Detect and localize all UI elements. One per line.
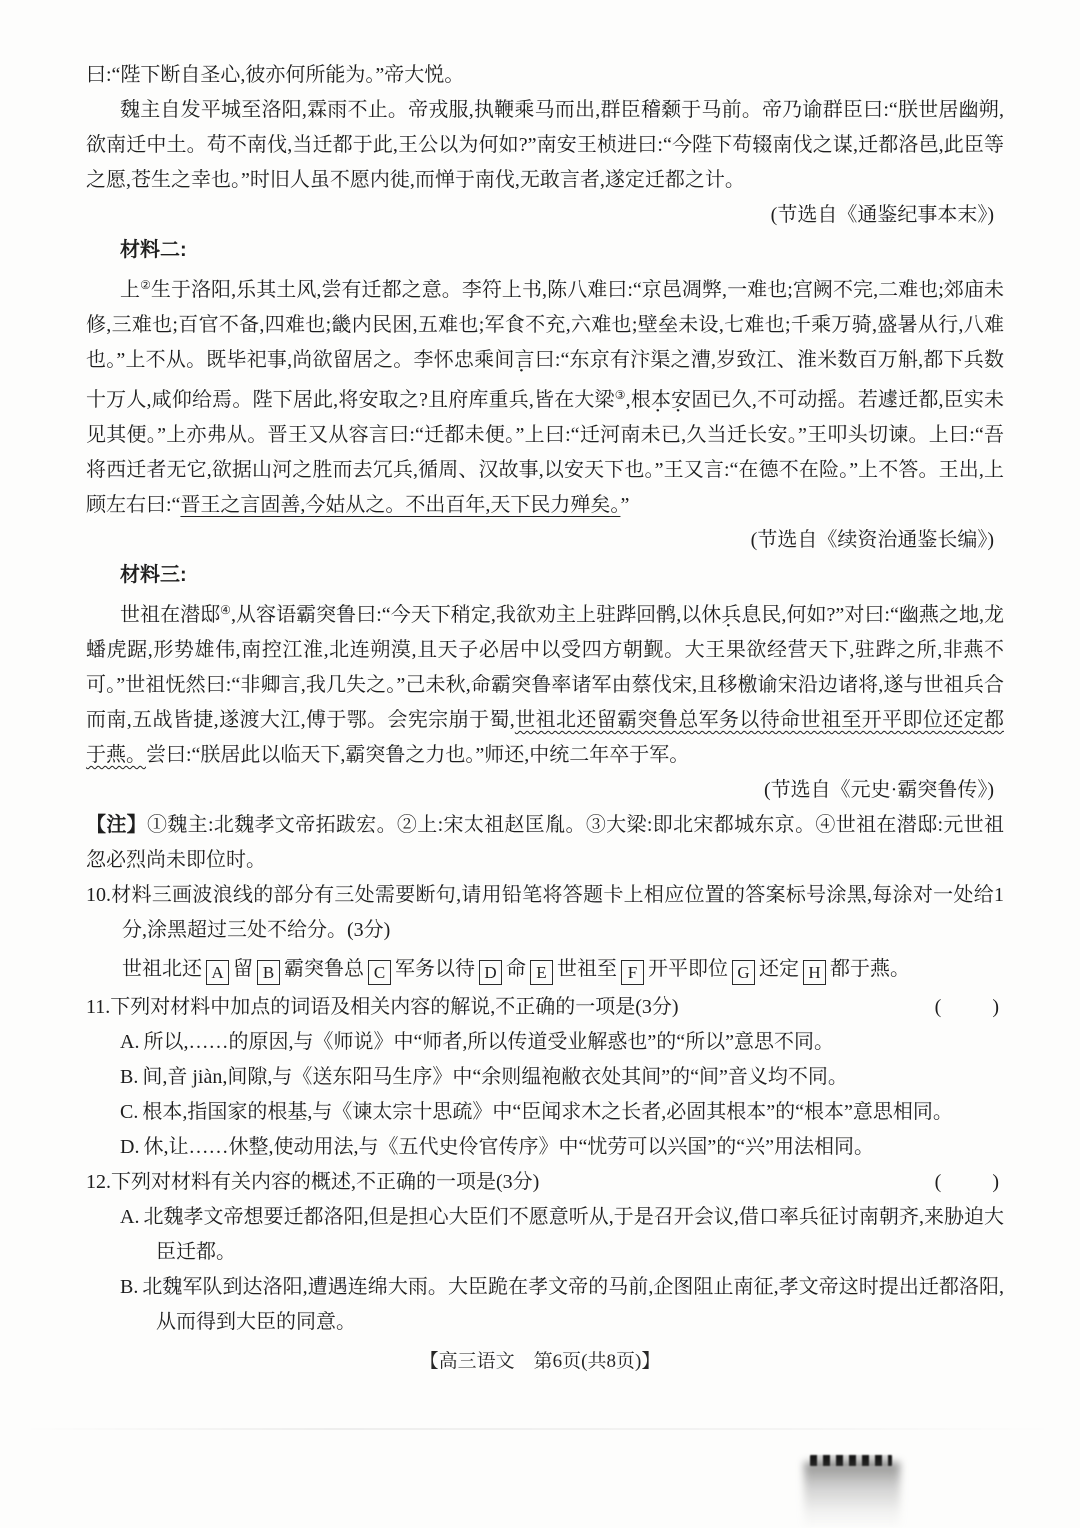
option-label: C. <box>120 1101 138 1123</box>
option-text: 北魏孝文帝想要迁都洛阳,但是担心大臣们不愿意听从,于是召开会议,借口率兵征讨南朝… <box>143 1206 1004 1263</box>
text-segment: 都于燕。 <box>830 958 910 980</box>
text-segment: 魏主自发平城至洛阳,霖雨不止。帝戎服,执鞭乘马而出,群臣稽颡于马前。帝乃谕群臣曰… <box>86 99 1004 191</box>
question-11-number: 11. <box>86 996 110 1018</box>
text-segment: 留 <box>233 958 253 980</box>
material1-paragraph: 魏主自发平城至洛阳,霖雨不止。帝戎服,执鞭乘马而出,群臣稽颡于马前。帝乃谕群臣曰… <box>86 93 1004 198</box>
option-label: B. <box>120 1066 138 1088</box>
text-segment: ” <box>620 494 629 516</box>
footnotes-label: 【注】 <box>86 814 147 836</box>
underlined-passage: 晋王之言固善,今姑从之。不出百年,天下民力殚矣。 <box>180 494 620 516</box>
question-12-option-a: A.北魏孝文帝想要迁都洛阳,但是担心大臣们不愿意听从,于是召开会议,借口率兵征讨… <box>86 1200 1004 1270</box>
dotted-emphasis-word: 间 <box>494 349 514 371</box>
question-11: 11.下列对材料中加点的词语及相关内容的解说,不正确的一项是(3分)( ) A.… <box>86 990 1004 1165</box>
question-10-sentence: 世祖北还A留B霸突鲁总C军务以待D命E世祖至F开平即位G还定H都于燕。 <box>122 948 1004 990</box>
text-segment: ,从容语霸突鲁曰:“今天下稍定,我欲劝主上驻跸回鹘,以 <box>231 604 701 626</box>
material1-continuation-line: 曰:“陛下断自圣心,彼亦何所能为。”帝大悦。 <box>86 58 1004 93</box>
question-10: 10.材料三画波浪线的部分有三处需要断句,请用铅笔将答题卡上相应位置的答案标号涂… <box>86 878 1004 990</box>
text-segment: 开平即位 <box>648 958 728 980</box>
text-segment: 还定 <box>759 958 799 980</box>
text-segment: 命 <box>506 958 526 980</box>
text-segment: 上 <box>120 279 140 301</box>
dotted-emphasis-word: 本 <box>651 389 671 411</box>
question-12-stem: 12.下列对材料有关内容的概述,不正确的一项是(3分)( ) <box>86 1165 1004 1200</box>
page-footer: 【高三语文 第6页(共8页)】 <box>0 1346 1080 1373</box>
footnote-reference: ④ <box>220 603 231 617</box>
material2-source: (节选自《续资治通鉴长编》) <box>86 523 1004 558</box>
question-12: 12.下列对材料有关内容的概述,不正确的一项是(3分)( ) A.北魏孝文帝想要… <box>86 1165 1004 1340</box>
text-segment: 世祖北还 <box>122 958 202 980</box>
material3-paragraph: 世祖在潜邸④,从容语霸突鲁曰:“今天下稍定,我欲劝主上驻跸回鹘,以休兵息民,何如… <box>86 593 1004 773</box>
question-11-option-d: D.休,让……休整,使动用法,与《五代史伶官传序》中“忧劳可以兴国”的“兴”用法… <box>86 1130 1004 1165</box>
option-label: A. <box>120 1206 139 1228</box>
answer-choice-box: C <box>368 960 391 985</box>
text-segment: 军务以待 <box>395 958 475 980</box>
question-10-text: 材料三画波浪线的部分有三处需要断句,请用铅笔将答题卡上相应位置的答案标号涂黑,每… <box>111 884 1004 941</box>
material2-heading: 材料二: <box>86 233 1004 268</box>
question-11-option-b: B.间,音 jiàn,间隙,与《送东阳马生序》中“余则缊袍敝衣处其间”的“间”音… <box>86 1060 1004 1095</box>
option-text: 北魏军队到达洛阳,遭遇连绵大雨。大臣跪在孝文帝的马前,企图阻止南征,孝文帝这时提… <box>142 1276 1004 1333</box>
material3-heading: 材料三: <box>86 558 1004 593</box>
question-10-number: 10. <box>86 884 111 906</box>
question-11-option-c: C.根本,指国家的根基,与《谏太宗十思疏》中“臣闻求木之长者,必固其根本”的“根… <box>86 1095 1004 1130</box>
answer-choice-box: B <box>257 960 280 985</box>
footnotes: 【注】①魏主:北魏孝文帝拓跋宏。②上:宋太祖赵匡胤。③大梁:即北宋都城东京。④世… <box>86 808 1004 878</box>
dotted-emphasis-word: 休 <box>701 604 721 626</box>
answer-bracket: ( ) <box>935 1165 1002 1200</box>
text-segment: 世祖在潜邸 <box>120 604 220 626</box>
material3-source: (节选自《元史·霸突鲁传》) <box>86 773 1004 808</box>
option-label: A. <box>120 1031 139 1053</box>
answer-choice-box: A <box>206 960 229 985</box>
answer-choice-box: F <box>621 960 644 985</box>
option-text: 休,让……休整,使动用法,与《五代史伶官传序》中“忧劳可以兴国”的“兴”用法相同… <box>143 1136 874 1158</box>
option-text: 根本,指国家的根基,与《谏太宗十思疏》中“臣闻求木之长者,必固其根本”的“根本”… <box>142 1101 953 1123</box>
option-text: 所以,……的原因,与《师说》中“师者,所以传道受业解惑也”的“所以”意思不同。 <box>143 1031 834 1053</box>
answer-bracket: ( ) <box>935 990 1002 1025</box>
scan-smudge-streaks <box>804 1462 900 1528</box>
question-12-number: 12. <box>86 1171 111 1193</box>
footnote-reference: ③ <box>615 388 626 402</box>
material1-source: (节选自《通鉴纪事本末》) <box>86 198 1004 233</box>
question-11-stem: 11.下列对材料中加点的词语及相关内容的解说,不正确的一项是(3分)( ) <box>86 990 1004 1025</box>
answer-choice-box: E <box>530 960 553 985</box>
scan-crease-line <box>20 1428 1060 1430</box>
text-segment: 尝曰:“朕居此以临天下,霸突鲁之力也。”师还,中统二年卒于军。 <box>146 744 689 766</box>
question-11-option-a: A.所以,……的原因,与《师说》中“师者,所以传道受业解惑也”的“所以”意思不同… <box>86 1025 1004 1060</box>
text-segment: 曰:“陛下断自圣心,彼亦何所能为。”帝大悦。 <box>86 64 464 86</box>
footnote-reference: ② <box>140 278 151 292</box>
question-12-text: 下列对材料有关内容的概述,不正确的一项是(3分) <box>111 1171 539 1193</box>
question-12-option-b: B.北魏军队到达洛阳,遭遇连绵大雨。大臣跪在孝文帝的马前,企图阻止南征,孝文帝这… <box>86 1270 1004 1340</box>
question-10-stem: 10.材料三画波浪线的部分有三处需要断句,请用铅笔将答题卡上相应位置的答案标号涂… <box>86 878 1004 948</box>
answer-choice-box: G <box>732 960 755 985</box>
text-segment: 世祖至 <box>557 958 617 980</box>
option-text: 间,音 jiàn,间隙,与《送东阳马生序》中“余则缊袍敝衣处其间”的“间”音义均… <box>142 1066 848 1088</box>
option-label: B. <box>120 1276 138 1298</box>
question-11-text: 下列对材料中加点的词语及相关内容的解说,不正确的一项是(3分) <box>110 996 678 1018</box>
answer-choice-box: H <box>803 960 826 985</box>
answer-choice-box: D <box>479 960 502 985</box>
text-segment: 霸突鲁总 <box>284 958 364 980</box>
option-label: D. <box>120 1136 139 1158</box>
material2-paragraph: 上②生于洛阳,乐其土风,尝有迁都之意。李符上书,陈八难曰:“京邑凋弊,一难也;宫… <box>86 268 1004 523</box>
exam-page: 曰:“陛下断自圣心,彼亦何所能为。”帝大悦。 魏主自发平城至洛阳,霖雨不止。帝戎… <box>0 0 1080 1528</box>
footnotes-text: ①魏主:北魏孝文帝拓跋宏。②上:宋太祖赵匡胤。③大梁:即北宋都城东京。④世祖在潜… <box>86 814 1004 871</box>
scan-smudge-artifact <box>804 1455 900 1528</box>
